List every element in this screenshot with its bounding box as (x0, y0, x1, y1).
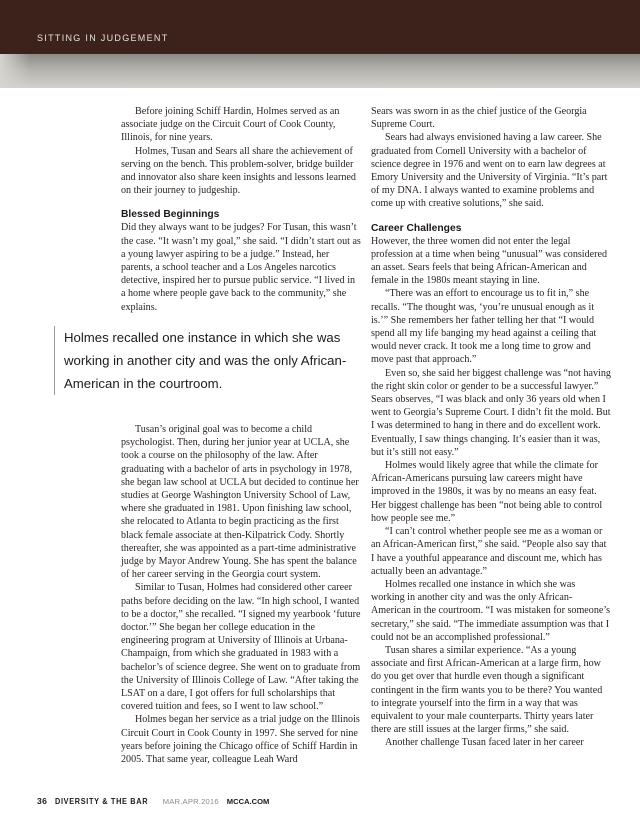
section-title: SITTING IN JUDGEMENT (37, 33, 169, 43)
body-paragraph: Sears had always envisioned having a law… (371, 131, 611, 210)
website-link[interactable]: MCCA.COM (227, 797, 270, 806)
section-header-bar: SITTING IN JUDGEMENT (0, 0, 640, 54)
subhead-blessed-beginnings: Blessed Beginnings (121, 208, 361, 221)
body-paragraph: Holmes, Tusan and Sears all share the ac… (121, 145, 361, 198)
body-paragraph: Before joining Schiff Hardin, Holmes ser… (121, 105, 361, 145)
header-shadow-band (0, 54, 640, 88)
body-paragraph: Sears was sworn in as the chief justice … (371, 105, 611, 131)
pull-quote: Holmes recalled one instance in which sh… (54, 326, 364, 395)
body-paragraph: However, the three women did not enter t… (371, 235, 611, 288)
left-column-bottom: Tusan’s original goal was to become a ch… (121, 423, 361, 766)
body-paragraph: “There was an effort to encourage us to … (371, 287, 611, 366)
body-paragraph: Another challenge Tusan faced later in h… (371, 736, 611, 749)
body-paragraph: Holmes would likely agree that while the… (371, 459, 611, 525)
pull-quote-text: Holmes recalled one instance in which sh… (64, 330, 346, 391)
body-paragraph: Holmes began her service as a trial judg… (121, 713, 361, 766)
page-number: 36 (37, 796, 47, 806)
page-footer: 36 DIVERSITY & THE BAR MAR.APR.2016 MCCA… (37, 796, 269, 810)
body-paragraph: Even so, she said her biggest challenge … (371, 367, 611, 459)
body-paragraph: Tusan shares a similar experience. “As a… (371, 644, 611, 736)
right-column: Sears was sworn in as the chief justice … (371, 105, 611, 750)
body-paragraph: Tusan’s original goal was to become a ch… (121, 423, 361, 581)
body-paragraph: “I can’t control whether people see me a… (371, 525, 611, 578)
body-paragraph: Did they always want to be judges? For T… (121, 221, 361, 313)
body-paragraph: Holmes recalled one instance in which sh… (371, 578, 611, 644)
subhead-career-challenges: Career Challenges (371, 222, 611, 235)
issue-date: MAR.APR.2016 (163, 797, 219, 806)
body-paragraph: Similar to Tusan, Holmes had considered … (121, 581, 361, 713)
publication-name: DIVERSITY & THE BAR (55, 796, 148, 806)
left-column-top: Before joining Schiff Hardin, Holmes ser… (121, 105, 361, 314)
